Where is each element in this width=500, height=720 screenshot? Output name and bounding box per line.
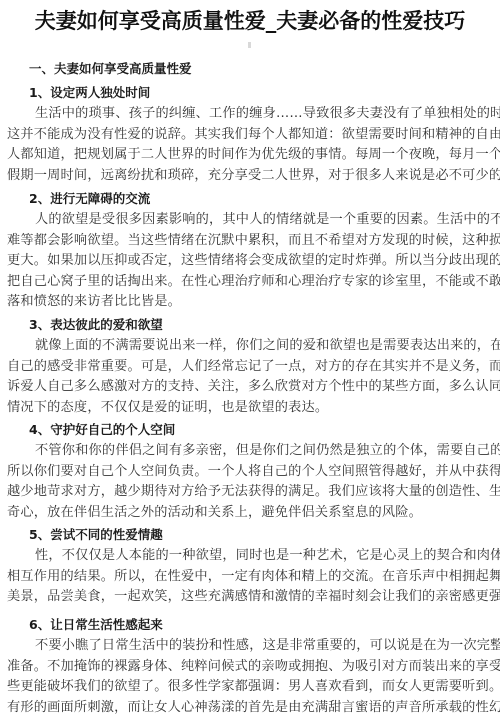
text-line: 生活中的琐事、孩子的纠缠、工作的缠身……导致很多夫妻没有了单独相处的时间，但是， <box>7 104 497 125</box>
subheading-3: 3、表达彼此的爱和欲望 <box>29 315 163 333</box>
text-line: 诉爱人自己多么感激对方的支持、关注，多么欣赏对方个性中的某些方面，多么认同对方在… <box>7 377 497 398</box>
subheading-6: 6、让日常生活性感起来 <box>29 615 163 633</box>
paragraph-6: 不要小瞧了日常生活中的装扮和性感，这是非常重要的，可以说是在为一次完整的性爱做 … <box>7 636 497 718</box>
text-line: 人的欲望是受很多因素影响的，其中人的情绪就是一个重要的因素。生活中的不满怨恨、责 <box>7 210 497 231</box>
text-line: 奇心，放在伴侣生活之外的活动和关系上，避免伴侣关系窒息的风险。 <box>7 503 497 524</box>
paragraph-2: 人的欲望是受很多因素影响的，其中人的情绪就是一个重要的因素。生活中的不满怨恨、责… <box>7 210 497 313</box>
text-line: 不管你和你的伴侣之间有多亲密，但是你们之间仍然是独立的个体，需要自己的个人空间， <box>7 441 497 462</box>
text-line: 不要小瞧了日常生活中的装扮和性感，这是非常重要的，可以说是在为一次完整的性爱做 <box>7 636 497 657</box>
image-placeholder-mark <box>248 42 251 48</box>
subheading-5: 5、尝试不同的性爱情趣 <box>29 525 163 543</box>
paragraph-3: 就像上面的不满需要说出来一样，你们之间的爱和欲望也是需要表达出来的，在性爱中说出… <box>7 336 497 418</box>
text-line: 落和愤怒的来访者比比皆是。 <box>7 292 497 313</box>
text-line: 自己的感受非常重要。可是，人们经常忘记了一点，对方的存在其实并不是义务，而是付出… <box>7 357 497 378</box>
text-line: 准备。不加掩饰的裸露身体、纯粹问候式的亲吻或拥抱、为吸引对方而装出来的享受，没有… <box>7 657 497 678</box>
section-heading: 一、夫妻如何享受高质量性爱 <box>29 59 192 77</box>
text-line: 就像上面的不满需要说出来一样，你们之间的爱和欲望也是需要表达出来的，在性爱中说出 <box>7 336 497 357</box>
subheading-1: 1、设定两人独处时间 <box>29 83 150 101</box>
text-line: 越少地苛求对方，越少期待对方给予无法获得的满足。我们应该将大量的创造性、生命力和… <box>7 482 497 503</box>
paragraph-1: 生活中的琐事、孩子的纠缠、工作的缠身……导致很多夫妻没有了单独相处的时间，但是，… <box>7 104 497 186</box>
text-line: 有形的画面所刺激，而让女人心神荡漾的首先是由充满甜言蜜语的声音所承载的性幻想。改… <box>7 698 497 719</box>
text-line: 相互作用的结果。所以，在性爱中，一定有肉体和精上的交流。在音乐声中相拥起舞，一起… <box>7 567 497 588</box>
text-line: 所以你们要对自己个人空间负责。一个人将自己的个人空间照管得越好，并从中获得快乐，… <box>7 462 497 483</box>
text-line: 难等都会影响欲望。当这些情绪在沉默中累积，而且不希望对方发现的时候，这种损害还会… <box>7 231 497 252</box>
text-line: 性，不仅仅是人本能的一种欲望，同时也是一种艺术，它是心灵上的契合和肉体的上的融合 <box>7 546 497 567</box>
text-line: 人都知道，把规划属于二人世界的时间作为优先级的事情。每周一个夜晚，每月一个周末，… <box>7 145 497 166</box>
text-line: 些更能破坏我们的欲望了。很多性学家都强调：男人喜欢看到，而女人更需要听到。男人更… <box>7 677 497 698</box>
text-line: 更大。如果加以压抑或否定，这些情绪将会变成欲望的定时炸弹。所以当分歧出现的时候，… <box>7 251 497 272</box>
paragraph-4: 不管你和你的伴侣之间有多亲密，但是你们之间仍然是独立的个体，需要自己的个人空间，… <box>7 441 497 523</box>
text-line: 假期一周时间，远离纷扰和琐碎，充分享受二人世界，对于很多人来说是必不可少的。 <box>7 166 497 187</box>
text-line: 把自己心窝子里的话掏出来。在性心理治疗师和心理治疗专家的诊室里，不能或不敢表达自… <box>7 272 497 293</box>
subheading-2: 2、进行无障碍的交流 <box>29 189 150 207</box>
article-title: 夫妻如何享受高质量性爱_夫妻必备的性爱技巧 <box>0 5 500 35</box>
text-line: 美景，品尝美食，一起欢笑，这些充满感情和激情的幸福时刻会让我们的亲密感更强烈。 <box>7 587 497 608</box>
paragraph-5: 性，不仅仅是人本能的一种欲望，同时也是一种艺术，它是心灵上的契合和肉体的上的融合… <box>7 546 497 608</box>
text-line: 这并不能成为没有性爱的说辞。其实我们每个人都知道：欲望需要时间和精神的自由。恋爱… <box>7 125 497 146</box>
subheading-4: 4、守护好自己的个人空间 <box>29 420 175 438</box>
text-line: 情况下的态度，不仅仅是爱的证明，也是欲望的表达。 <box>7 398 497 419</box>
